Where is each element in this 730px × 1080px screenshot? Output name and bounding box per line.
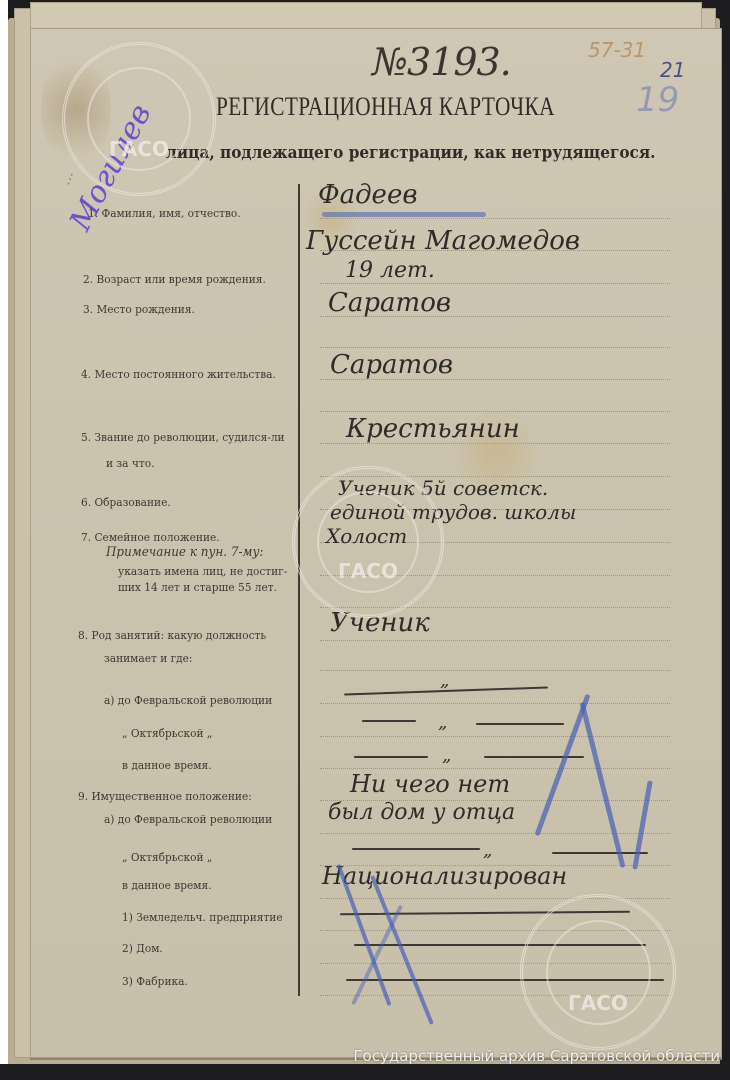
answer-ditto-2: „ <box>438 712 447 733</box>
archive-seal-watermark: ГАСО <box>520 894 676 1050</box>
field-label-rank-cont: и за что. <box>106 456 154 470</box>
answer-property-ditto: „ <box>483 840 492 861</box>
field-label-prop-oct: „ Октябрьской „ <box>122 850 212 864</box>
answer-line <box>320 670 670 671</box>
field-label-education: 6. Образование. <box>81 495 171 509</box>
old-sheet-number: 19 <box>636 80 679 120</box>
answer-birthplace: Саратов <box>328 288 451 318</box>
answer-age: 19 лет. <box>345 258 435 283</box>
column-divider <box>298 184 300 996</box>
seal-label: ГАСО <box>338 559 398 583</box>
answer-name: Гуссейн Магомедов <box>306 226 580 256</box>
answer-residence: Саратов <box>330 350 453 380</box>
field-note-text: указать имена лиц, не достиг- <box>118 564 287 578</box>
answer-property-2: был дом у отца <box>328 800 515 825</box>
page-title: РЕГИСТРАЦИОННАЯ КАРТОЧКА <box>216 92 555 122</box>
card-number: №3193. <box>372 40 511 84</box>
field-label-prop-now: в данное время. <box>122 878 211 892</box>
field-label-prop-factory: 3) Фабрика. <box>122 974 188 988</box>
field-label-birthplace: 3. Место рождения. <box>83 302 195 316</box>
field-label-prop-land: 1) Земледельч. предприятие <box>122 910 283 924</box>
ditto-stroke <box>476 723 564 725</box>
image-bottom-border <box>0 1064 730 1080</box>
answer-line <box>320 283 670 284</box>
archive-code: 57-31 <box>588 38 646 62</box>
field-label-prop-house: 2) Дом. <box>122 941 163 955</box>
sheet-number: 21 <box>660 58 685 82</box>
archive-seal-watermark: ГАСО <box>62 42 216 196</box>
field-label-occ-oct: „ Октябрьской „ <box>122 726 212 740</box>
ditto-stroke <box>354 756 428 758</box>
ditto-stroke <box>352 848 480 850</box>
ditto-stroke <box>552 852 648 854</box>
answer-ditto-3: „ <box>442 745 451 766</box>
field-label-residence: 4. Место постоянного жительства. <box>81 367 276 381</box>
page-subtitle: лица, подлежащего регистрации, как нетру… <box>166 143 655 163</box>
field-label-rank: 5. Звание до революции, судился-ли <box>81 430 285 444</box>
field-label-prop-feb: а) до Февральской революции <box>104 812 272 826</box>
answer-line <box>320 640 670 641</box>
answer-property-1: Ни чего нет <box>350 770 510 798</box>
seal-label: ГАСО <box>109 137 169 161</box>
field-note-text: ших 14 лет и старше 55 лет. <box>118 580 277 594</box>
field-note-title: Примечание к пун. 7-му: <box>106 545 263 560</box>
ditto-stroke <box>362 720 416 722</box>
answer-rank: Крестьянин <box>346 414 520 444</box>
answer-line <box>320 218 670 219</box>
answer-surname: Фадеев <box>318 180 417 210</box>
answer-line <box>320 347 670 348</box>
blue-underline <box>322 212 486 217</box>
field-label-property: 9. Имущественное положение: <box>78 789 252 803</box>
answer-line <box>320 703 670 704</box>
field-label-occ-now: в данное время. <box>122 758 211 772</box>
archive-caption: Государственный архив Саратовской област… <box>353 1047 720 1065</box>
seal-label: ГАСО <box>568 991 628 1015</box>
answer-line <box>320 411 670 412</box>
answer-ditto-1: „ <box>440 670 449 691</box>
field-label-name: 1. Фамилия, имя, отчество. <box>88 206 241 220</box>
image-border <box>0 0 8 1080</box>
field-label-occ-feb: а) до Февральской революции <box>104 693 272 707</box>
field-label-age: 2. Возраст или время рождения. <box>83 272 266 286</box>
field-label-occupation: 8. Род занятий: какую должность <box>78 628 266 642</box>
archive-seal-watermark: ГАСО <box>292 466 444 618</box>
field-label-family: 7. Семейное положение. <box>81 530 220 544</box>
field-label-occupation-cont: занимает и где: <box>104 651 193 665</box>
answer-property-3: Национализирован <box>322 862 567 890</box>
ditto-stroke <box>484 756 584 758</box>
answer-line <box>320 736 670 737</box>
answer-line <box>320 768 670 769</box>
